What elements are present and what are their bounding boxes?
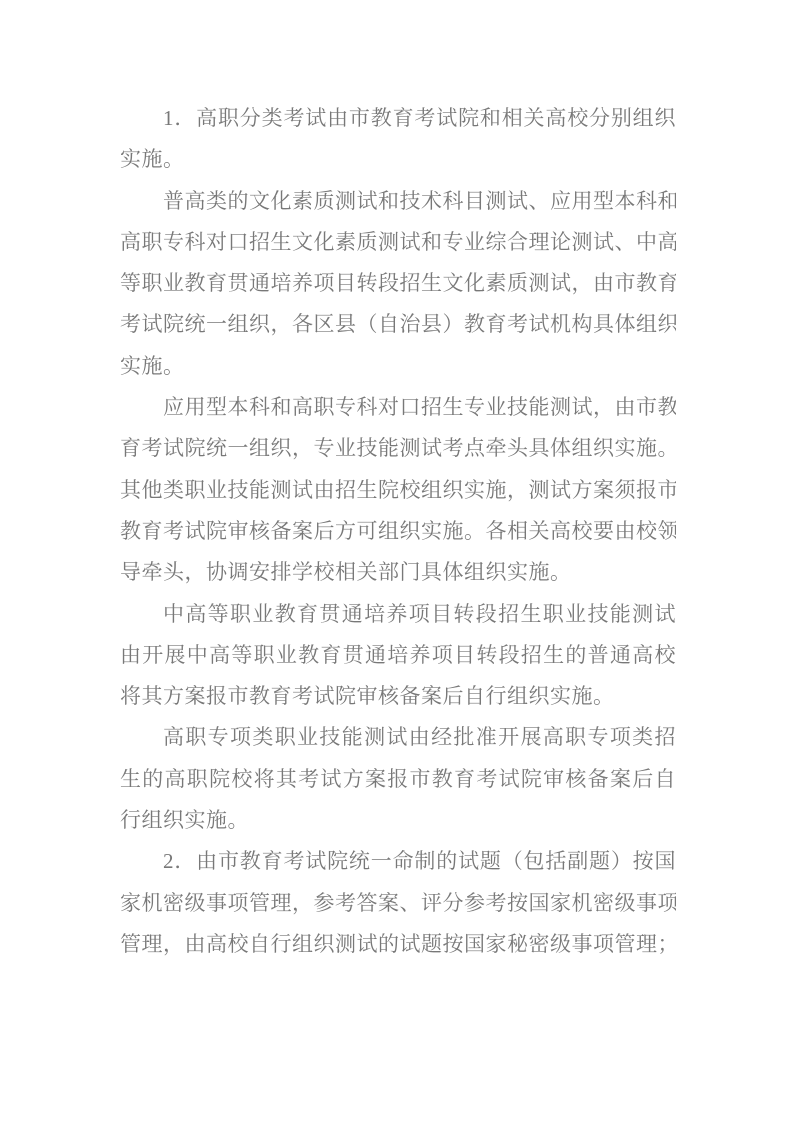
document-body: 1．高职分类考试由市教育考试院和相关高校分别组织 实施。 普高类的文化素质测试和… (120, 98, 676, 965)
text-line: 生的高职院校将其考试方案报市教育考试院审核备案后自 (120, 759, 676, 800)
text-line: 实施。 (120, 139, 676, 180)
text-line: 将其方案报市教育考试院审核备案后自行组织实施。 (120, 676, 676, 717)
text-line: 行组织实施。 (120, 800, 676, 841)
text-line: 育考试院统一组织，专业技能测试考点牵头具体组织实施。 (120, 428, 676, 469)
text-line: 1．高职分类考试由市教育考试院和相关高校分别组织 (120, 98, 676, 139)
text-line: 管理，由高校自行组织测试的试题按国家秘密级事项管理； (120, 924, 676, 965)
text-line: 等职业教育贯通培养项目转段招生文化素质测试，由市教育 (120, 263, 676, 304)
text-line: 其他类职业技能测试由招生院校组织实施，测试方案须报市 (120, 470, 676, 511)
text-line: 高职专科对口招生文化素质测试和专业综合理论测试、中高 (120, 222, 676, 263)
paragraph-5: 高职专项类职业技能测试由经批准开展高职专项类招 生的高职院校将其考试方案报市教育… (120, 717, 676, 841)
text-line: 教育考试院审核备案后方可组织实施。各相关高校要由校领 (120, 511, 676, 552)
text-line: 2．由市教育考试院统一命制的试题（包括副题）按国 (120, 841, 676, 882)
paragraph-3: 应用型本科和高职专科对口招生专业技能测试，由市教 育考试院统一组织，专业技能测试… (120, 387, 676, 593)
text-line: 普高类的文化素质测试和技术科目测试、应用型本科和 (120, 181, 676, 222)
paragraph-1: 1．高职分类考试由市教育考试院和相关高校分别组织 实施。 (120, 98, 676, 181)
document-page: 1．高职分类考试由市教育考试院和相关高校分别组织 实施。 普高类的文化素质测试和… (0, 0, 794, 1122)
text-line: 实施。 (120, 346, 676, 387)
text-line: 高职专项类职业技能测试由经批准开展高职专项类招 (120, 717, 676, 758)
paragraph-2: 普高类的文化素质测试和技术科目测试、应用型本科和 高职专科对口招生文化素质测试和… (120, 181, 676, 387)
text-line: 中高等职业教育贯通培养项目转段招生职业技能测试 (120, 594, 676, 635)
paragraph-6: 2．由市教育考试院统一命制的试题（包括副题）按国 家机密级事项管理，参考答案、评… (120, 841, 676, 965)
paragraph-4: 中高等职业教育贯通培养项目转段招生职业技能测试 由开展中高等职业教育贯通培养项目… (120, 594, 676, 718)
text-line: 导牵头，协调安排学校相关部门具体组织实施。 (120, 552, 676, 593)
text-line: 由开展中高等职业教育贯通培养项目转段招生的普通高校 (120, 635, 676, 676)
text-line: 应用型本科和高职专科对口招生专业技能测试，由市教 (120, 387, 676, 428)
text-line: 考试院统一组织，各区县（自治县）教育考试机构具体组织 (120, 304, 676, 345)
text-line: 家机密级事项管理，参考答案、评分参考按国家机密级事项 (120, 883, 676, 924)
